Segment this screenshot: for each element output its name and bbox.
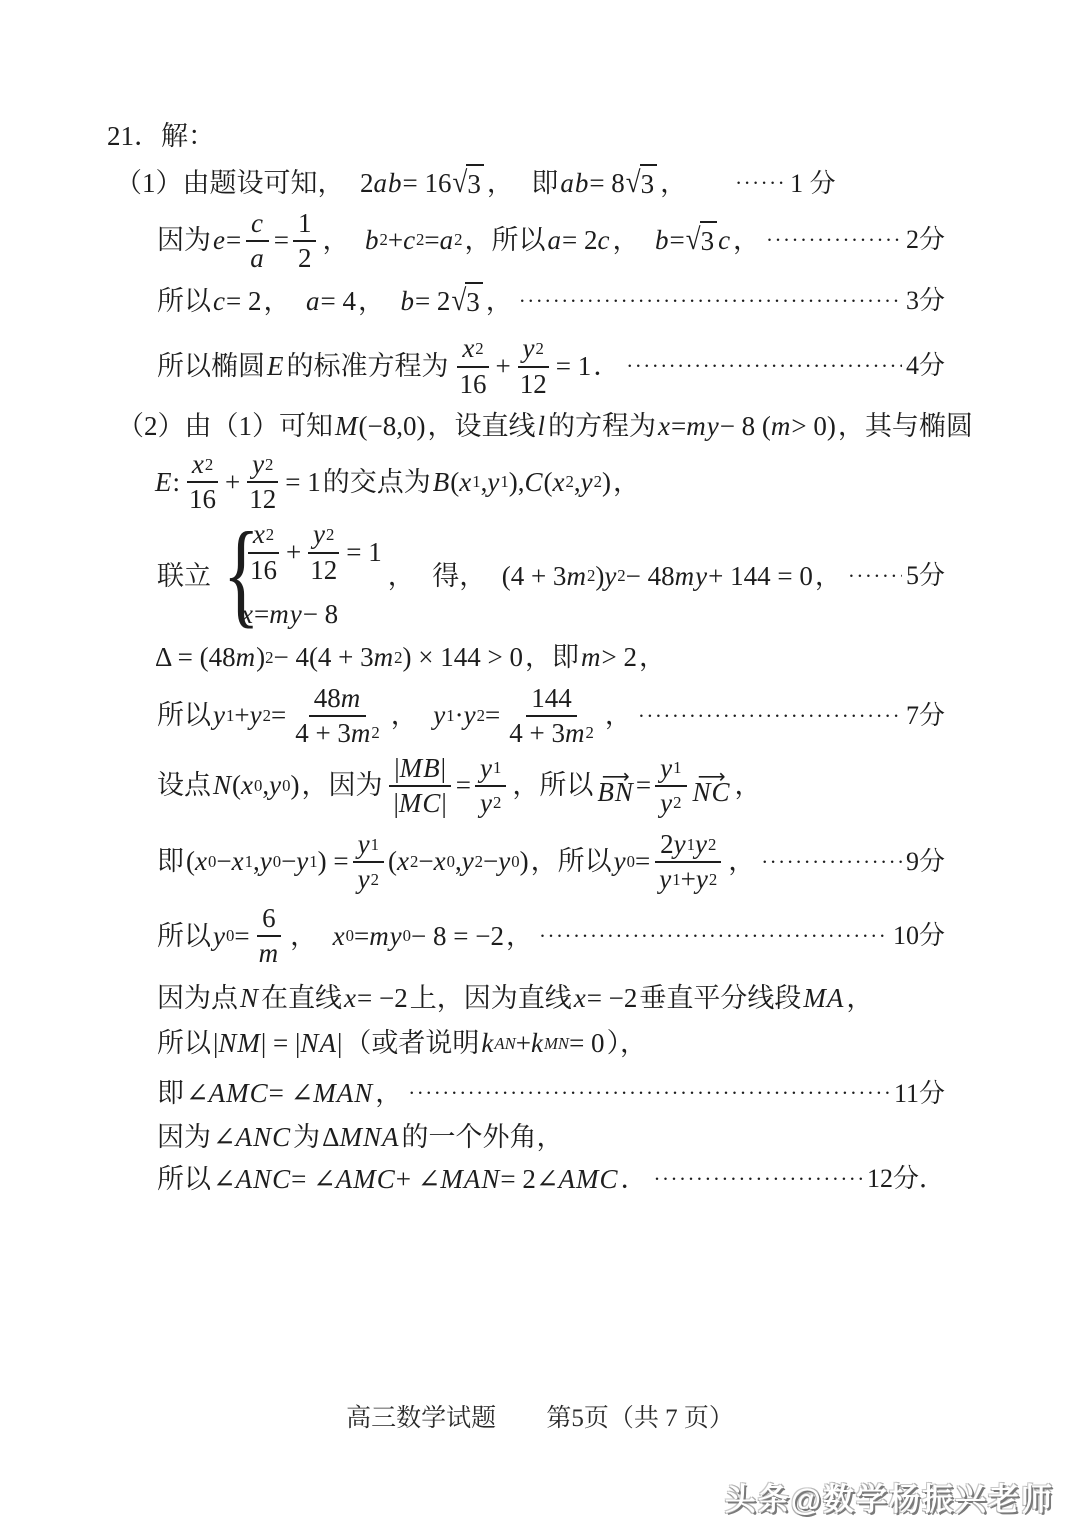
numerator: x2 — [457, 333, 488, 367]
text-run: ，所以 — [465, 222, 546, 260]
subscript: 2 — [565, 474, 573, 491]
text-run: ，即 — [525, 639, 579, 677]
solution-line-13: 所以y0 = 6m，x0 = my0 − 8 = −2，············… — [155, 903, 945, 969]
fraction: y1y2 — [655, 753, 686, 819]
text-run: 在直线 — [261, 980, 342, 1018]
text-run: 得， — [432, 558, 486, 596]
math-variable: MAN — [440, 1161, 500, 1199]
math-variable: y — [260, 843, 273, 881]
subscript: 2 — [493, 795, 501, 812]
math-variable: y — [614, 843, 627, 881]
text-run: 所以 — [157, 1161, 211, 1199]
numerator: 6 — [257, 903, 281, 937]
left-brace-icon: { — [223, 515, 260, 633]
math-variable: B — [433, 464, 451, 502]
text-run: ，所以 — [531, 843, 612, 881]
subscript: 0 — [282, 778, 290, 795]
fraction: 48m4 + 3m2 — [290, 683, 385, 749]
score-mark: 10分 — [893, 918, 945, 954]
subscript: 1 — [371, 837, 379, 854]
subscript: 0 — [346, 928, 354, 945]
vector-arrow: ⟶NC — [693, 767, 731, 806]
subscript: 0 — [403, 928, 411, 945]
solution-line-15: 所以|NM| = |NA|（或者说明kAN + kMN = 0）， — [155, 1025, 945, 1063]
math-text: ) × 144 > 0 — [403, 639, 523, 677]
subscript: 1 — [226, 708, 234, 725]
math-variable: b — [400, 283, 415, 321]
math-variable: E — [155, 464, 173, 502]
fraction: ca — [245, 208, 270, 274]
score-mark: 2分 — [906, 222, 945, 258]
subscript: 1 — [672, 872, 680, 889]
text-run: 设点 — [157, 767, 211, 805]
dot-leader: ······ — [735, 169, 786, 198]
watermark-text: 头条@数学杨振兴老师 — [725, 1474, 1054, 1519]
math-variable: N — [213, 767, 232, 805]
math-variable: k — [531, 1025, 544, 1063]
math-text: , — [455, 843, 462, 881]
text-run: ，所以 — [512, 767, 593, 805]
math-variable: m — [565, 718, 586, 749]
subscript: 1 — [472, 474, 480, 491]
radical: √3 — [686, 221, 717, 261]
math-variable: a — [250, 243, 265, 274]
math-text: + — [225, 464, 240, 502]
math-text: > 0) — [791, 408, 835, 446]
text-run: ，设直线 — [427, 408, 535, 446]
math-variable: c — [213, 283, 226, 321]
math-variable: m — [236, 639, 257, 677]
math-text: = ∠ — [291, 1161, 336, 1199]
solution-line-3: 因为e = ca = 12，b2 + c2 = a2，所以a = 2c，b = … — [155, 208, 945, 274]
line-body: 所以y0 = 6m，x0 = my0 − 8 = −2， — [155, 903, 535, 969]
denominator: 4 + 3m2 — [290, 717, 385, 749]
math-variable: NC — [693, 779, 731, 806]
math-text: ) — [602, 464, 611, 502]
solution-line-17: 因为∠ANC为ΔMNA的一个外角， — [155, 1119, 945, 1157]
line-body: 联立{x216+y212 = 1x = my − 8，得，(4 + 3m2)y2… — [155, 515, 844, 637]
fraction: y1y2 — [353, 829, 384, 895]
text-run: 即 — [531, 165, 558, 203]
subscript: 1 — [245, 854, 253, 871]
math-text: + — [388, 222, 403, 260]
math-text: ∠ — [186, 1075, 209, 1113]
text-run: ， — [391, 697, 418, 735]
solution-line-10: 所以y1 + y2 = 48m4 + 3m2，y1 · y2 = 1444 + … — [155, 683, 945, 749]
line-body: 所以|NM| = |NA|（或者说明kAN + kMN = 0）， — [155, 1025, 649, 1063]
math-variable: E — [267, 348, 285, 386]
math-text: 2 — [660, 829, 674, 860]
subscript: 2 — [410, 854, 418, 871]
dot-leader: ········································… — [539, 922, 889, 951]
line-body: （2）由（1）可知M(−8,0)，设直线l的方程为x = my − 8 (m >… — [115, 408, 975, 446]
denominator: m — [254, 937, 285, 969]
superscript: 2 — [587, 568, 595, 585]
text-run: 的方程为 — [548, 408, 656, 446]
math-variable: b — [655, 222, 670, 260]
math-variable: y — [252, 449, 265, 480]
math-text: = 8 — [589, 165, 624, 203]
math-text: · — [455, 697, 464, 735]
text-run: （或者说明 — [344, 1025, 479, 1063]
math-variable: x — [434, 843, 447, 881]
math-text: > 2 — [602, 639, 637, 677]
text-run: 联立 — [157, 558, 211, 596]
math-variable: m — [341, 683, 362, 714]
dot-leader: ········································… — [638, 702, 902, 731]
denominator: 12 — [515, 368, 552, 400]
math-text: , — [574, 464, 581, 502]
math-text: = — [671, 408, 686, 446]
math-variable: m — [581, 639, 602, 677]
text-run: ， — [613, 464, 640, 502]
superscript: 2 — [536, 341, 544, 358]
math-variable: c — [718, 222, 731, 260]
exam-solution-page: 21．解：（1）由题设可知，2ab = 16√3，即ab = 8√3，·····… — [0, 0, 1080, 1534]
denominator: y2 — [353, 863, 384, 895]
subscript: 1 — [446, 708, 454, 725]
math-text: + — [496, 348, 511, 386]
subscript: 2 — [371, 872, 379, 889]
fraction: |MB||MC| — [388, 753, 451, 819]
denominator: y1 + y2 — [654, 863, 722, 895]
math-variable: x — [192, 449, 205, 480]
math-text: + — [516, 1025, 531, 1063]
text-run: ， — [290, 918, 317, 956]
math-variable: my — [269, 596, 302, 634]
solution-line-2: （1）由题设可知，2ab = 16√3，即ab = 8√3，······1 分 — [113, 164, 945, 204]
subscript: 1 — [500, 474, 508, 491]
math-variable: m — [566, 558, 587, 596]
math-text: ( — [232, 767, 241, 805]
text-run: 的一个外角， — [402, 1119, 564, 1157]
math-variable: MNA — [340, 1119, 400, 1157]
text-run: （1）由题设可知， — [115, 165, 345, 203]
numerator: y1 — [655, 753, 686, 787]
math-variable: BN — [597, 779, 634, 806]
text-run: 所以 — [157, 283, 211, 321]
math-text: ∠ — [213, 1119, 236, 1157]
math-text: = — [234, 918, 249, 956]
text-run: 的交点为 — [323, 464, 431, 502]
math-variable: c — [251, 208, 264, 239]
numerator: 144 — [526, 683, 577, 717]
math-variable: y — [581, 464, 594, 502]
math-text: 3 — [641, 166, 655, 204]
math-variable: NA — [300, 1025, 337, 1063]
math-variable: b — [365, 222, 380, 260]
solution-line-5: 所以椭圆E的标准方程为x216+y212 = 1．···············… — [155, 333, 945, 399]
text-run: 上，因为直线 — [410, 980, 572, 1018]
numerator: y2 — [518, 333, 549, 367]
fraction: 6m — [254, 903, 285, 969]
math-variable: y — [498, 843, 511, 881]
math-variable: y — [313, 519, 326, 550]
math-variable: x — [552, 464, 565, 502]
math-text: + — [286, 534, 301, 572]
text-run: ， — [639, 639, 666, 677]
math-variable: my — [369, 918, 402, 956]
text-run: ）， — [607, 1025, 648, 1063]
math-text: 4 + 3 — [295, 718, 351, 749]
fraction: 2y1y2y1 + y2 — [654, 829, 722, 895]
subscript: 0 — [511, 854, 519, 871]
math-variable: my — [675, 558, 708, 596]
dot-leader: ········································… — [761, 848, 902, 877]
text-run: 因为点 — [157, 980, 238, 1018]
math-text: = — [485, 697, 500, 735]
subscript: 2 — [673, 795, 681, 812]
subscript: 0 — [273, 854, 281, 871]
math-variable: a — [440, 222, 455, 260]
math-variable: x — [344, 980, 357, 1018]
math-variable: y — [660, 788, 673, 819]
denominator: 12 — [305, 554, 342, 586]
math-variable: AMC — [336, 1161, 396, 1199]
math-text: = — [274, 222, 289, 260]
text-run: ， — [322, 222, 349, 260]
fraction: 12 — [293, 208, 317, 274]
math-text: = 1 — [285, 464, 320, 502]
solution-line-6: （2）由（1）可知M(−8,0)，设直线l的方程为x = my − 8 (m >… — [115, 408, 945, 446]
math-variable: y — [696, 864, 709, 895]
math-variable: a — [306, 283, 321, 321]
equation-system: {x216+y212 = 1x = my − 8 — [217, 515, 382, 637]
denominator: 16 — [455, 368, 492, 400]
dot-leader: ········································… — [653, 1165, 863, 1194]
math-variable: y — [659, 864, 672, 895]
radical-sign-icon: √ — [451, 279, 466, 321]
solution-line-4: 所以c = 2，a = 4，b = 2√3，··················… — [155, 282, 945, 322]
solution-line-14: 因为点N在直线x = −2上，因为直线x = −2垂直平分线段MA， — [155, 980, 945, 1018]
math-text: = 0 — [569, 1025, 604, 1063]
text-run: ， — [613, 222, 640, 260]
math-variable: y — [480, 753, 493, 784]
math-text: 1 — [298, 208, 312, 239]
dot-leader: ········································… — [519, 287, 902, 316]
math-text: + ∠ — [396, 1161, 441, 1199]
math-variable: y — [604, 558, 617, 596]
math-variable: y — [660, 753, 673, 784]
line-body: （1）由题设可知，2ab = 16√3，即ab = 8√3， — [113, 164, 689, 204]
radical-sign-icon: √ — [452, 162, 467, 204]
numerator: c — [246, 208, 269, 242]
denominator: 4 + 3m2 — [504, 717, 599, 749]
math-text: 12 — [520, 369, 547, 400]
denominator: y2 — [655, 787, 686, 819]
line-body: 即(x0 − x1, y0 − y1) = y1y2(x2 − x0, y2 −… — [155, 829, 757, 895]
math-text: 3 — [467, 166, 481, 204]
numerator: 2y1y2 — [655, 829, 721, 863]
line-body: 因为∠ANC为ΔMNA的一个外角， — [155, 1119, 566, 1157]
text-run: 即 — [157, 1075, 184, 1113]
line-body: 所以∠ANC = ∠AMC + ∠MAN = 2∠AMC． — [155, 1161, 649, 1199]
math-text: − 8 = −2 — [411, 918, 504, 956]
math-text: = 2 — [226, 283, 261, 321]
fraction: 1444 + 3m2 — [504, 683, 599, 749]
line-body: 21．解： — [105, 118, 217, 156]
math-variable: m — [351, 718, 372, 749]
dot-leader: ········································… — [766, 226, 902, 255]
text-run: 垂直平分线段 — [639, 980, 801, 1018]
text-run: ． — [593, 348, 620, 386]
math-variable: ANC — [236, 1161, 292, 1199]
numerator: x2 — [187, 449, 218, 483]
vector-arrow: ⟶BN — [597, 767, 634, 806]
text-run: ， — [388, 558, 415, 596]
text-run: 因为 — [157, 222, 211, 260]
text-run: ， — [735, 767, 762, 805]
text-run: 即 — [157, 843, 184, 881]
line-body: 设点N(x0, y0)，因为|MB||MC| = y1y2，所以⟶BN = y1… — [155, 753, 764, 819]
math-text: ) = — [318, 843, 349, 881]
math-variable: y — [433, 697, 446, 735]
math-variable: y — [480, 788, 493, 819]
solution-line-16: 即∠AMC = ∠MAN，···························… — [155, 1075, 945, 1113]
math-text: = 2∠ — [500, 1161, 558, 1199]
math-variable: x — [333, 918, 346, 956]
math-variable: y — [213, 697, 226, 735]
numerator: y1 — [353, 829, 384, 863]
text-run: ， — [375, 1075, 402, 1113]
superscript: 2 — [454, 232, 462, 249]
math-text: = — [271, 697, 286, 735]
math-variable: x — [241, 767, 254, 805]
dot-leader: ········································… — [626, 352, 902, 381]
superscript: 2 — [265, 457, 273, 474]
math-text: = — [354, 918, 369, 956]
math-text: + — [681, 864, 696, 895]
text-run: ， — [733, 222, 760, 260]
math-variable: MC — [399, 788, 442, 819]
numerator: 1 — [293, 208, 317, 242]
math-variable: m — [771, 408, 792, 446]
radical-sign-icon: √ — [626, 162, 641, 204]
line-body: 所以y1 + y2 = 48m4 + 3m2，y1 · y2 = 1444 + … — [155, 683, 634, 749]
subscript: MN — [544, 1036, 569, 1053]
radical-sign-icon: √ — [686, 218, 701, 260]
page-footer: 高三数学试题 第5页（共 7 页） — [0, 1398, 1080, 1434]
math-variable: x — [195, 843, 208, 881]
superscript: 2 — [205, 457, 213, 474]
math-text: = 1 — [346, 534, 381, 572]
footer-page-number: 第5页（共 7 页） — [546, 1405, 734, 1432]
math-variable: x — [459, 464, 472, 502]
math-text: 16 — [460, 369, 487, 400]
solution-line-9: Δ = (48m)2 − 4(4 + 3m2) × 144 > 0，即m > 2… — [155, 639, 945, 677]
math-variable: y — [358, 864, 371, 895]
math-text: = 4 — [320, 283, 355, 321]
math-variable: c — [403, 222, 416, 260]
math-text: ( — [450, 464, 459, 502]
footer-exam-title: 高三数学试题 — [346, 1405, 496, 1432]
math-text: 2 — [298, 243, 312, 274]
numerator: y2 — [247, 449, 278, 483]
math-variable: x — [232, 843, 245, 881]
subscript: 2 — [263, 708, 271, 725]
solution-content: 21．解：（1）由题设可知，2ab = 16√3，即ab = 8√3，·····… — [105, 118, 945, 1199]
solution-line-11: 设点N(x0, y0)，因为|MB||MC| = y1y2，所以⟶BN = y1… — [155, 753, 945, 819]
text-run: ， — [263, 283, 290, 321]
math-text: 6 — [262, 903, 276, 934]
math-text: = — [424, 222, 439, 260]
math-variable: x — [574, 980, 587, 1018]
fraction: y1y2 — [475, 753, 506, 819]
math-variable: m — [259, 938, 280, 969]
subscript: 0 — [226, 928, 234, 945]
math-variable: ab — [374, 165, 403, 203]
subscript: 0 — [208, 854, 216, 871]
math-text: : — [173, 464, 181, 502]
math-variable: c — [598, 222, 611, 260]
math-variable: k — [481, 1025, 494, 1063]
math-text: 12 — [310, 555, 337, 586]
math-variable: x — [658, 408, 671, 446]
math-variable: m — [374, 639, 395, 677]
math-text: = 2 — [562, 222, 597, 260]
text-run: ，因为 — [301, 767, 382, 805]
math-variable: MB — [400, 753, 441, 784]
math-variable: y — [250, 697, 263, 735]
math-text: 3 — [466, 284, 480, 322]
math-text: = −2 — [587, 980, 638, 1018]
math-text: ), — [509, 464, 525, 502]
math-variable: ab — [560, 165, 589, 203]
fraction: y212 — [244, 449, 281, 515]
math-variable: C — [524, 464, 543, 502]
math-variable: y — [269, 767, 282, 805]
score-mark: 11分 — [894, 1076, 945, 1112]
text-run: 因为 — [157, 1119, 211, 1157]
math-variable: MA — [803, 980, 844, 1018]
math-text: − — [418, 843, 433, 881]
text-run: 的标准方程为 — [287, 348, 449, 386]
text-run: 21．解： — [107, 118, 215, 156]
math-variable: x — [462, 333, 475, 364]
math-text: − 8 — [303, 596, 338, 634]
text-run: ， — [486, 283, 513, 321]
math-text: ) — [595, 558, 604, 596]
fraction: y212 — [305, 519, 342, 585]
subscript: 2 — [708, 837, 716, 854]
superscript: 2 — [371, 725, 379, 742]
radical: √3 — [451, 282, 482, 322]
fraction: y212 — [515, 333, 552, 399]
superscript: 2 — [326, 527, 334, 544]
math-variable: y — [695, 829, 708, 860]
solution-line-8: 联立{x216+y212 = 1x = my − 8，得，(4 + 3m2)y2… — [155, 515, 945, 637]
subscript: 2 — [594, 474, 602, 491]
math-text: (−8,0) — [359, 408, 426, 446]
score-mark: 5分 — [906, 558, 945, 594]
math-text: = — [636, 767, 651, 805]
text-run: 所以 — [157, 918, 211, 956]
math-text: = — [226, 222, 241, 260]
numerator: |MB| — [389, 753, 451, 787]
math-text: − — [281, 843, 296, 881]
math-text: ) — [290, 767, 299, 805]
subscript: 0 — [627, 854, 635, 871]
math-text: = ∠ — [269, 1075, 314, 1113]
math-text: = −2 — [357, 980, 408, 1018]
denominator: 2 — [293, 242, 317, 274]
text-run: 为 — [293, 1119, 320, 1157]
line-body: Δ = (48m)2 − 4(4 + 3m2) × 144 > 0，即m > 2… — [155, 639, 668, 677]
line-body: 因为e = ca = 12，b2 + c2 = a2，所以a = 2c，b = … — [155, 208, 762, 274]
text-run: ， — [815, 558, 842, 596]
score-mark: 1 分 — [790, 166, 836, 202]
math-variable: my — [686, 408, 719, 446]
